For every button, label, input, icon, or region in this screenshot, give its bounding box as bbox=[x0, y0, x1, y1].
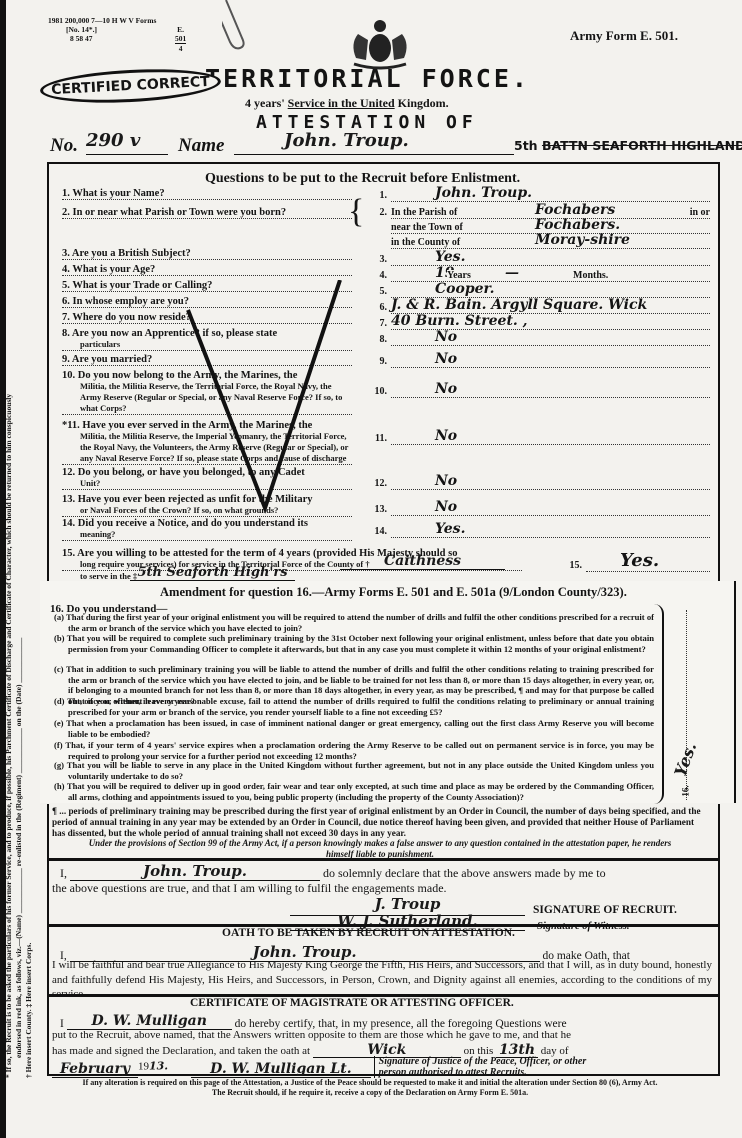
paper-clip-icon bbox=[222, 0, 252, 50]
answer-line bbox=[391, 397, 710, 398]
answer-row[interactable]: 14.Yes. bbox=[365, 526, 710, 538]
answer-row[interactable]: 8.No bbox=[365, 334, 710, 346]
answer-label: in the County of bbox=[391, 237, 460, 248]
print-line-1: 1981 200,000 7—10 H W V Forms bbox=[48, 16, 156, 25]
answer-line bbox=[391, 367, 710, 368]
question-text: What is your Age? bbox=[72, 264, 155, 275]
question-number: 7. bbox=[62, 312, 70, 323]
answer-number: 3. bbox=[365, 254, 387, 265]
decl-text1: do solemnly declare that the above answe… bbox=[323, 866, 606, 880]
question-16-item: (b) That you will be required to complet… bbox=[54, 633, 654, 654]
answer-number: 1. bbox=[365, 190, 387, 201]
answer-number: 4. bbox=[365, 270, 387, 281]
officer-signature-field[interactable]: D. W. Mulligan Lt. bbox=[191, 1061, 371, 1078]
answer-value: No bbox=[435, 329, 457, 345]
question-number: 3. bbox=[62, 248, 70, 259]
amendment-heading: Amendment for question 16.—Army Forms E.… bbox=[160, 585, 627, 600]
answer-value: No bbox=[435, 351, 457, 367]
margin-note-1: * If so, the Recruit is to be asked the … bbox=[4, 138, 14, 1138]
answer-line bbox=[391, 515, 710, 516]
question-number: 10. bbox=[62, 370, 75, 381]
answer-line bbox=[391, 444, 710, 445]
answer-line bbox=[391, 345, 710, 346]
item-text: (g) That you will be liable to serve in … bbox=[54, 760, 654, 781]
margin-note-2: endorsed in red ink, as follows, viz.—(N… bbox=[14, 138, 24, 1138]
question-16-item: (e) That when a proclamation has been is… bbox=[54, 718, 654, 739]
oath-heading: OATH TO BE TAKEN BY RECRUIT ON ATTESTATI… bbox=[222, 927, 515, 939]
certificate-heading: CERTIFICATE OF MAGISTRATE OR ATTESTING O… bbox=[190, 997, 514, 1009]
form-subtitle: 4 years' Service in the United Kingdom. bbox=[245, 96, 449, 111]
footer-note-1: If any alteration is required on this pa… bbox=[60, 1078, 680, 1088]
answer-row[interactable]: 1.John. Troup. bbox=[365, 190, 710, 202]
question-text: In whose employ are you? bbox=[73, 296, 189, 307]
army-form-number: Army Form E. 501. bbox=[570, 28, 678, 44]
print-ref-top: E. 501 bbox=[175, 25, 186, 44]
question-4: 4. What is your Age? bbox=[62, 264, 352, 276]
item-text: (d) That if you, without leave or reason… bbox=[54, 696, 654, 717]
question-number: 2. bbox=[62, 207, 70, 218]
brace: { bbox=[348, 202, 364, 222]
divider bbox=[47, 858, 719, 861]
answer-value: Fochabers bbox=[535, 202, 615, 218]
number-label: No. bbox=[50, 135, 78, 157]
question-number: 13. bbox=[62, 494, 75, 505]
item-text: (f) That, if your term of 4 years' servi… bbox=[54, 740, 654, 761]
answer-value: John. Troup. bbox=[435, 185, 532, 201]
cert-day-of: day of bbox=[541, 1045, 569, 1057]
number-field[interactable]: 290 v bbox=[86, 130, 168, 155]
continuation-note: ¶ ... periods of preliminary training ma… bbox=[52, 806, 707, 839]
subtitle-post: Kingdom. bbox=[395, 96, 449, 110]
answer-row[interactable]: 7.40 Burn. Street. , bbox=[365, 318, 710, 330]
question-subtext: meaning? bbox=[62, 529, 352, 541]
answer-number: 15. bbox=[560, 560, 582, 571]
answer-value: Cooper. bbox=[435, 281, 494, 297]
answer-row[interactable]: 4.19.Years—Months. bbox=[365, 270, 710, 282]
answer-number: 2. bbox=[365, 207, 387, 218]
question-number: 1. bbox=[62, 188, 70, 199]
subtitle-pre: 4 years' bbox=[245, 96, 288, 110]
print-line-2: [No. 14*.] bbox=[48, 25, 156, 34]
answer-label: In the Parish of bbox=[391, 207, 457, 218]
answer-row[interactable]: 11.No bbox=[365, 433, 710, 445]
item-text: (a) That during the first year of your o… bbox=[54, 612, 654, 633]
answer-number: 7. bbox=[365, 318, 387, 329]
years-label: Years bbox=[447, 270, 471, 281]
question-3: 3. Are you a British Subject? bbox=[62, 248, 352, 260]
brace-16 bbox=[652, 604, 664, 804]
question-16-item: (f) That, if your term of 4 years' servi… bbox=[54, 740, 654, 761]
answer-value: Yes. bbox=[620, 550, 659, 571]
question-1: 1. What is your Name? bbox=[62, 188, 352, 200]
answer-value: No bbox=[435, 428, 457, 444]
subtitle-underlined: Service in the United bbox=[288, 96, 395, 110]
question-text: Where do you now reside? bbox=[72, 312, 191, 323]
answer-number: 12. bbox=[365, 478, 387, 489]
question-16-item: (d) That if you, without leave or reason… bbox=[54, 696, 654, 717]
print-ref-bottom: 4 bbox=[175, 44, 186, 53]
item-text: (h) That you will be required to deliver… bbox=[54, 781, 654, 802]
question-number: 14. bbox=[62, 518, 75, 529]
answer-number: 13. bbox=[365, 504, 387, 515]
unit-prefix: 5th bbox=[514, 138, 538, 153]
answer-number: 10. bbox=[365, 386, 387, 397]
item-text: (b) That you will be required to complet… bbox=[54, 633, 654, 654]
recruit-signature-label: SIGNATURE OF RECRUIT. bbox=[533, 904, 677, 916]
declaration-line-1: I, John. Troup. do solemnly declare that… bbox=[60, 862, 710, 881]
footer-note-2: The Recruit should, if he require it, re… bbox=[60, 1088, 680, 1098]
question-number: 6. bbox=[62, 296, 70, 307]
answer-number: 11. bbox=[365, 433, 387, 444]
item-text: (e) That when a proclamation has been is… bbox=[54, 718, 654, 739]
corps-field[interactable]: 5th Seaforth High'rs bbox=[130, 567, 295, 581]
certificate-signature-line: February1913. D. W. Mulligan Lt. Signatu… bbox=[52, 1056, 712, 1078]
answer-line bbox=[391, 537, 710, 538]
declaration-name-field[interactable]: John. Troup. bbox=[70, 862, 320, 881]
attest-year-field[interactable]: 13. bbox=[149, 1060, 168, 1073]
answer-row[interactable]: 10.No bbox=[365, 386, 710, 398]
certified-correct-stamp: CERTIFIED CORRECT bbox=[39, 65, 221, 106]
cert-on-this: on this bbox=[464, 1045, 494, 1057]
answer-number: 6. bbox=[365, 302, 387, 313]
name-label: Name bbox=[178, 135, 224, 157]
answer-row[interactable]: 3.Yes. bbox=[365, 254, 710, 266]
question-text: In or near what Parish or Town were you … bbox=[73, 207, 287, 218]
question-number: 9. bbox=[62, 354, 70, 365]
question-14: 14. Did you receive a Notice, and do you… bbox=[62, 518, 352, 541]
footer-notes: If any alteration is required on this pa… bbox=[60, 1078, 680, 1098]
unit-stamp: 5th BATTN SEAFORTH HIGHLANDERS bbox=[514, 138, 742, 153]
answer-row-15[interactable]: 15.Yes. bbox=[560, 560, 710, 572]
answer-line bbox=[391, 489, 710, 490]
question-number: 4. bbox=[62, 264, 70, 275]
print-ref: E. 501 4 bbox=[175, 25, 186, 53]
margin-note-3: † Here insert County. ‡ Here insert Corp… bbox=[24, 138, 34, 1138]
months-label: Months. bbox=[573, 270, 608, 281]
question-16-item: (a) That during the first year of your o… bbox=[54, 612, 654, 633]
print-line-3: 8 58 47 bbox=[48, 34, 156, 43]
answer-row[interactable]: in the County ofMoray-shire bbox=[365, 237, 710, 249]
margin-notes: * If so, the Recruit is to be asked the … bbox=[4, 138, 34, 1138]
answer-value: No bbox=[435, 499, 457, 515]
question-number: *11. bbox=[62, 420, 80, 431]
tick-mark-icon bbox=[180, 280, 360, 520]
question-16-item: (h) That you will be required to deliver… bbox=[54, 781, 654, 802]
answer-row[interactable]: 9.No bbox=[365, 356, 710, 368]
question-number: 8. bbox=[62, 328, 70, 339]
unit-name: BATTN SEAFORTH HIGHLANDERS bbox=[542, 138, 742, 153]
attest-month-field[interactable]: February bbox=[52, 1061, 138, 1078]
year-prefix: 19 bbox=[138, 1061, 149, 1073]
question-16-item: (g) That you will be liable to serve in … bbox=[54, 760, 654, 781]
question-text: Are you married? bbox=[72, 354, 152, 365]
certificate-body: put to the Recruit, above named, that th… bbox=[52, 1028, 712, 1058]
print-info: 1981 200,000 7—10 H W V Forms [No. 14*.]… bbox=[48, 16, 156, 43]
answer-number: 5. bbox=[365, 286, 387, 297]
answer-label: near the Town of bbox=[391, 222, 463, 233]
officer-signature-label: Signature of Justice of the Peace, Offic… bbox=[374, 1056, 609, 1078]
cert-text3: has made and signed the Declaration, and… bbox=[52, 1045, 310, 1057]
question-text: What is your Name? bbox=[72, 188, 164, 199]
answer-row[interactable]: 12.No bbox=[365, 478, 710, 490]
county-field[interactable]: Caithness bbox=[340, 555, 505, 570]
answer-value: Moray-shire bbox=[535, 232, 630, 248]
answer-16[interactable]: Yes. 16. bbox=[676, 610, 704, 800]
form-title: TERRITORIAL FORCE. bbox=[205, 64, 530, 93]
witness-signature-label: Signature of Witness. bbox=[537, 921, 630, 932]
name-value: John. Troup. bbox=[234, 130, 409, 151]
answer-tail: in or bbox=[690, 207, 710, 218]
decl-i: I, bbox=[60, 866, 67, 880]
answer-number: 8. bbox=[365, 334, 387, 345]
cert-text2: put to the Recruit, above named, that th… bbox=[52, 1028, 712, 1043]
question-2: 2. In or near what Parish or Town were y… bbox=[62, 207, 352, 219]
answer-value: J. & R. Bain. Argyll Square. Wick bbox=[391, 297, 647, 313]
answer-value: Yes. bbox=[435, 249, 465, 265]
declaration-line-2: the above questions are true, and that I… bbox=[52, 881, 702, 896]
answer-value: No bbox=[435, 473, 457, 489]
months-value: — bbox=[505, 265, 519, 281]
answer-16-label: 16. bbox=[681, 785, 691, 796]
false-answer-warning: Under the provisions of Section 99 of th… bbox=[80, 838, 680, 860]
question-number: 15. bbox=[62, 548, 75, 559]
answer-row[interactable]: 13.No bbox=[365, 504, 710, 516]
royal-crest-icon bbox=[338, 14, 422, 70]
answer-number: 14. bbox=[365, 526, 387, 537]
question-number: 5. bbox=[62, 280, 70, 291]
answer-line bbox=[586, 571, 710, 572]
answer-value: No bbox=[435, 381, 457, 397]
answer-value: 40 Burn. Street. , bbox=[391, 313, 528, 329]
answer-value: Yes. bbox=[435, 521, 465, 537]
answer-value: Fochabers. bbox=[535, 217, 620, 233]
name-field[interactable]: John. Troup. bbox=[234, 130, 514, 155]
question-number: 12. bbox=[62, 467, 75, 478]
answer-number: 9. bbox=[365, 356, 387, 367]
question-text: Are you a British Subject? bbox=[72, 248, 191, 259]
